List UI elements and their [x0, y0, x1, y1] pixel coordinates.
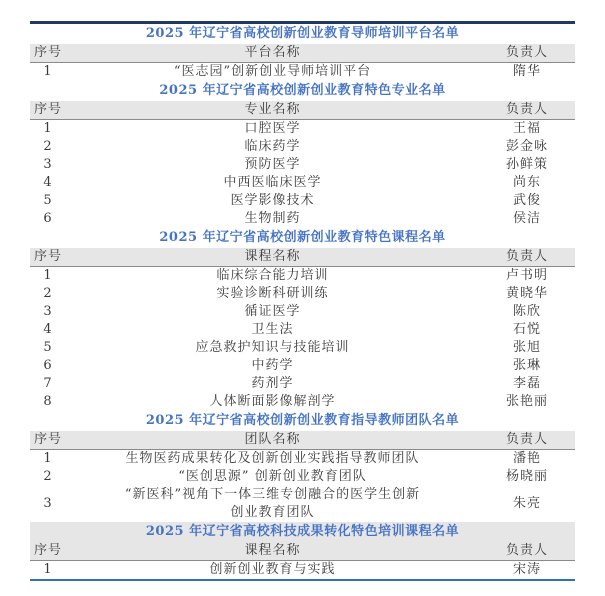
- table-row: 3预防医学孙鲜策: [30, 156, 575, 174]
- row-person-cell: 宋涛: [479, 561, 575, 580]
- col-header-index: 序号: [30, 542, 66, 561]
- row-name-cell: 中药学: [66, 357, 479, 375]
- table-section: 2025 年辽宁省高校创新创业教育特色专业名单 序号 专业名称 负责人 1口腔医…: [30, 81, 575, 228]
- col-header-index: 序号: [30, 431, 66, 450]
- col-header-name: 课程名称: [66, 248, 479, 267]
- row-index-cell: 3: [30, 486, 66, 522]
- row-person-cell: 尚东: [479, 174, 575, 192]
- row-name-cell: 人体断面影像解剖学: [66, 393, 479, 411]
- row-person-cell: 陈欣: [479, 303, 575, 321]
- data-table: 序号 课程名称 负责人 1临床综合能力培训卢书明2实验诊断科研训练黄晓华3循证医…: [30, 248, 575, 411]
- col-header-name: 专业名称: [66, 101, 479, 120]
- col-header-index: 序号: [30, 248, 66, 267]
- table-header-row: 序号 团队名称 负责人: [30, 431, 575, 450]
- row-person-cell: 侯洁: [479, 210, 575, 228]
- row-person-cell: 杨晓丽: [479, 468, 575, 486]
- table-row: 2临床药学彭金咏: [30, 138, 575, 156]
- row-person-cell: 张琳: [479, 357, 575, 375]
- data-table: 序号 专业名称 负责人 1口腔医学王福2临床药学彭金咏3预防医学孙鲜策4中西医临…: [30, 101, 575, 228]
- row-index-cell: 3: [30, 156, 66, 174]
- table-row: 1生物医药成果转化及创新创业实践指导教师团队潘艳: [30, 450, 575, 469]
- row-index-cell: 6: [30, 357, 66, 375]
- row-person-cell: 张艳丽: [479, 393, 575, 411]
- row-name-cell: 中西医临床医学: [66, 174, 479, 192]
- row-person-cell: 武俊: [479, 192, 575, 210]
- col-header-name: 课程名称: [66, 542, 479, 561]
- table-row: 8人体断面影像解剖学张艳丽: [30, 393, 575, 411]
- col-header-name: 平台名称: [66, 44, 479, 63]
- row-name-cell: 医学影像技术: [66, 192, 479, 210]
- row-index-cell: 8: [30, 393, 66, 411]
- row-name-cell: 药剂学: [66, 375, 479, 393]
- table-section: 2025 年辽宁省高校科技成果转化特色培训课程名单 序号 课程名称 负责人 1创…: [30, 522, 575, 579]
- row-person-cell: 卢书明: [479, 267, 575, 286]
- table-section: 2025 年辽宁省高校创新创业教育特色课程名单 序号 课程名称 负责人 1临床综…: [30, 228, 575, 411]
- row-name-cell: “新医科”视角下一体三维专创融合的医学生创新 创业教育团队: [66, 486, 479, 522]
- row-index-cell: 1: [30, 450, 66, 469]
- table-section: 2025 年辽宁省高校创新创业教育指导教师团队名单 序号 团队名称 负责人 1生…: [30, 411, 575, 522]
- row-index-cell: 7: [30, 375, 66, 393]
- col-header-person: 负责人: [479, 431, 575, 450]
- table-row: 6中药学张琳: [30, 357, 575, 375]
- row-name-cell: 生物制药: [66, 210, 479, 228]
- col-header-name: 团队名称: [66, 431, 479, 450]
- table-row: 1临床综合能力培训卢书明: [30, 267, 575, 286]
- data-table: 序号 课程名称 负责人 1创新创业教育与实践宋涛: [30, 542, 575, 579]
- row-person-cell: 李磊: [479, 375, 575, 393]
- row-name-cell: 循证医学: [66, 303, 479, 321]
- table-header-row: 序号 平台名称 负责人: [30, 44, 575, 63]
- data-table: 序号 团队名称 负责人 1生物医药成果转化及创新创业实践指导教师团队潘艳2“医创…: [30, 431, 575, 522]
- section-title: 2025 年辽宁省高校科技成果转化特色培训课程名单: [30, 522, 575, 542]
- row-name-cell: 卫生法: [66, 321, 479, 339]
- table-row: 3循证医学陈欣: [30, 303, 575, 321]
- row-person-cell: 彭金咏: [479, 138, 575, 156]
- table-row: 2“医创思源” 创新创业教育团队杨晓丽: [30, 468, 575, 486]
- table-row: 6生物制药侯洁: [30, 210, 575, 228]
- row-index-cell: 1: [30, 561, 66, 580]
- row-person-cell: 张旭: [479, 339, 575, 357]
- row-index-cell: 2: [30, 285, 66, 303]
- row-index-cell: 3: [30, 303, 66, 321]
- row-person-cell: 石悦: [479, 321, 575, 339]
- row-index-cell: 1: [30, 267, 66, 286]
- col-header-index: 序号: [30, 101, 66, 120]
- row-name-cell: 预防医学: [66, 156, 479, 174]
- col-header-index: 序号: [30, 44, 66, 63]
- table-header-row: 序号 课程名称 负责人: [30, 248, 575, 267]
- row-index-cell: 2: [30, 138, 66, 156]
- row-name-cell: “医创思源” 创新创业教育团队: [66, 468, 479, 486]
- row-index-cell: 6: [30, 210, 66, 228]
- row-person-cell: 潘艳: [479, 450, 575, 469]
- row-index-cell: 4: [30, 321, 66, 339]
- row-person-cell: 黄晓华: [479, 285, 575, 303]
- section-title: 2025 年辽宁省高校创新创业教育导师培训平台名单: [30, 24, 575, 44]
- col-header-person: 负责人: [479, 44, 575, 63]
- bottom-rule: [30, 579, 575, 581]
- table-row: 7药剂学李磊: [30, 375, 575, 393]
- row-person-cell: 隋华: [479, 63, 575, 82]
- row-index-cell: 5: [30, 339, 66, 357]
- table-row: 1“医志园”创新创业导师培训平台隋华: [30, 63, 575, 82]
- table-header-row: 序号 专业名称 负责人: [30, 101, 575, 120]
- row-person-cell: 王福: [479, 120, 575, 139]
- row-name-cell: 生物医药成果转化及创新创业实践指导教师团队: [66, 450, 479, 469]
- table-row: 4卫生法石悦: [30, 321, 575, 339]
- row-index-cell: 5: [30, 192, 66, 210]
- row-index-cell: 1: [30, 63, 66, 82]
- table-row: 5应急救护知识与技能培训张旭: [30, 339, 575, 357]
- sections-container: 2025 年辽宁省高校创新创业教育导师培训平台名单 序号 平台名称 负责人 1“…: [30, 24, 575, 579]
- table-row: 5医学影像技术武俊: [30, 192, 575, 210]
- row-name-cell: 口腔医学: [66, 120, 479, 139]
- table-header-row: 序号 课程名称 负责人: [30, 542, 575, 561]
- table-section: 2025 年辽宁省高校创新创业教育导师培训平台名单 序号 平台名称 负责人 1“…: [30, 24, 575, 81]
- row-name-cell: 临床综合能力培训: [66, 267, 479, 286]
- data-table: 序号 平台名称 负责人 1“医志园”创新创业导师培训平台隋华: [30, 44, 575, 81]
- row-index-cell: 4: [30, 174, 66, 192]
- row-name-cell: 创新创业教育与实践: [66, 561, 479, 580]
- row-index-cell: 2: [30, 468, 66, 486]
- row-name-cell: 实验诊断科研训练: [66, 285, 479, 303]
- row-index-cell: 1: [30, 120, 66, 139]
- row-person-cell: 孙鲜策: [479, 156, 575, 174]
- row-name-cell: “医志园”创新创业导师培训平台: [66, 63, 479, 82]
- col-header-person: 负责人: [479, 248, 575, 267]
- col-header-person: 负责人: [479, 101, 575, 120]
- col-header-person: 负责人: [479, 542, 575, 561]
- document-page: 2025 年辽宁省高校创新创业教育导师培训平台名单 序号 平台名称 负责人 1“…: [0, 0, 605, 596]
- row-name-cell: 临床药学: [66, 138, 479, 156]
- table-row: 2实验诊断科研训练黄晓华: [30, 285, 575, 303]
- row-person-cell: 朱亮: [479, 486, 575, 522]
- section-title: 2025 年辽宁省高校创新创业教育特色专业名单: [30, 81, 575, 101]
- table-row: 3“新医科”视角下一体三维专创融合的医学生创新 创业教育团队朱亮: [30, 486, 575, 522]
- section-title: 2025 年辽宁省高校创新创业教育指导教师团队名单: [30, 411, 575, 431]
- section-title: 2025 年辽宁省高校创新创业教育特色课程名单: [30, 228, 575, 248]
- table-row: 1创新创业教育与实践宋涛: [30, 561, 575, 580]
- row-name-cell: 应急救护知识与技能培训: [66, 339, 479, 357]
- table-row: 1口腔医学王福: [30, 120, 575, 139]
- table-row: 4中西医临床医学尚东: [30, 174, 575, 192]
